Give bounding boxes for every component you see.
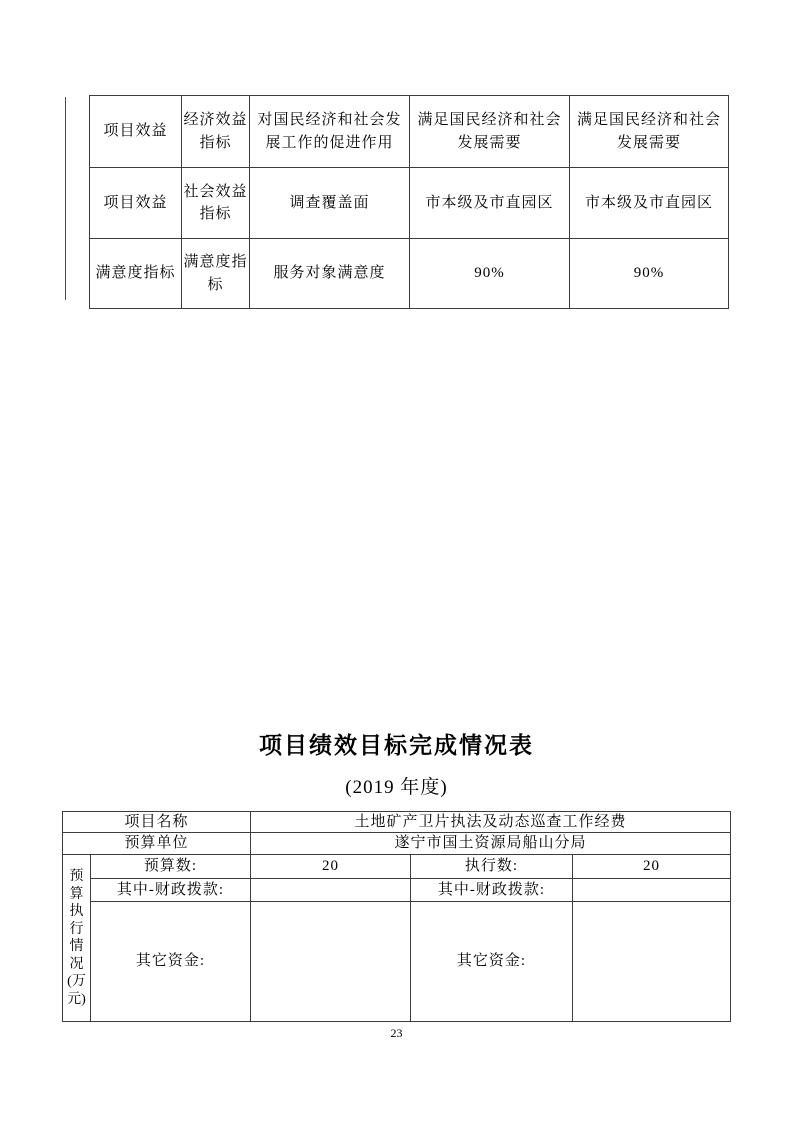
document-page: 项目效益 经济效益指标 对国民经济和社会发展工作的促进作用 满足国民经济和社会发… [0,0,793,1122]
budget-number-label-cell: 预算数: [91,855,251,879]
execution-number-value-cell: 20 [573,855,731,879]
table-cell: 对国民经济和社会发展工作的促进作用 [250,96,410,168]
other-funds-left-label-cell: 其它资金: [91,902,251,1022]
benefit-indicators-table: 项目效益 经济效益指标 对国民经济和社会发展工作的促进作用 满足国民经济和社会发… [89,95,729,309]
table-cell: 经济效益指标 [182,96,250,168]
report-subtitle-year: (2019 年度) [0,772,793,799]
table-cell: 满足国民经济和社会发展需要 [410,96,570,168]
table-cell: 市本级及市直园区 [410,168,570,239]
table-cell: 服务对象满意度 [250,239,410,309]
table-cell: 90% [410,239,570,309]
benefit-row-economic: 项目效益 经济效益指标 对国民经济和社会发展工作的促进作用 满足国民经济和社会发… [90,96,729,168]
report-title: 项目绩效目标完成情况表 [0,727,793,760]
budget-number-value-cell: 20 [251,855,411,879]
table-cell: 满足国民经济和社会发展需要 [570,96,729,168]
other-funds-right-value-cell [573,902,731,1022]
table-cell: 社会效益指标 [182,168,250,239]
table-cell: 满意度指标 [182,239,250,309]
table-cell: 市本级及市直园区 [570,168,729,239]
other-funds-right-label-cell: 其它资金: [411,902,573,1022]
budget-execution-side-header-cell: 预 算 执 行 情 况 (万 元) [63,855,91,1022]
table-cell: 调查覆盖面 [250,168,410,239]
other-funds-row: 其它资金: 其它资金: [63,902,731,1022]
left-margin-border-line [65,97,66,300]
fiscal-allocation-right-label-cell: 其中-财政拨款: [411,879,573,902]
budget-unit-label-cell: 预算单位 [63,833,251,855]
project-name-value-cell: 土地矿产卫片执法及动态巡查工作经费 [251,812,731,833]
table-cell: 项目效益 [90,168,182,239]
fiscal-allocation-row: 其中-财政拨款: 其中-财政拨款: [63,879,731,902]
table-cell: 项目效益 [90,96,182,168]
fiscal-allocation-left-label-cell: 其中-财政拨款: [91,879,251,902]
benefit-row-social: 项目效益 社会效益指标 调查覆盖面 市本级及市直园区 市本级及市直园区 [90,168,729,239]
page-number: 23 [0,1026,793,1041]
table-cell: 满意度指标 [90,239,182,309]
project-name-row: 项目名称 土地矿产卫片执法及动态巡查工作经费 [63,812,731,833]
execution-number-label-cell: 执行数: [411,855,573,879]
budget-unit-row: 预算单位 遂宁市国土资源局船山分局 [63,833,731,855]
fiscal-allocation-right-value-cell [573,879,731,902]
project-name-label-cell: 项目名称 [63,812,251,833]
budget-unit-value-cell: 遂宁市国土资源局船山分局 [251,833,731,855]
benefit-row-satisfaction: 满意度指标 满意度指标 服务对象满意度 90% 90% [90,239,729,309]
table-cell: 90% [570,239,729,309]
budget-number-row: 预 算 执 行 情 况 (万 元) 预算数: 20 执行数: 20 [63,855,731,879]
other-funds-left-value-cell [251,902,411,1022]
fiscal-allocation-left-value-cell [251,879,411,902]
completion-status-table: 项目名称 土地矿产卫片执法及动态巡查工作经费 预算单位 遂宁市国土资源局船山分局… [62,811,731,1022]
